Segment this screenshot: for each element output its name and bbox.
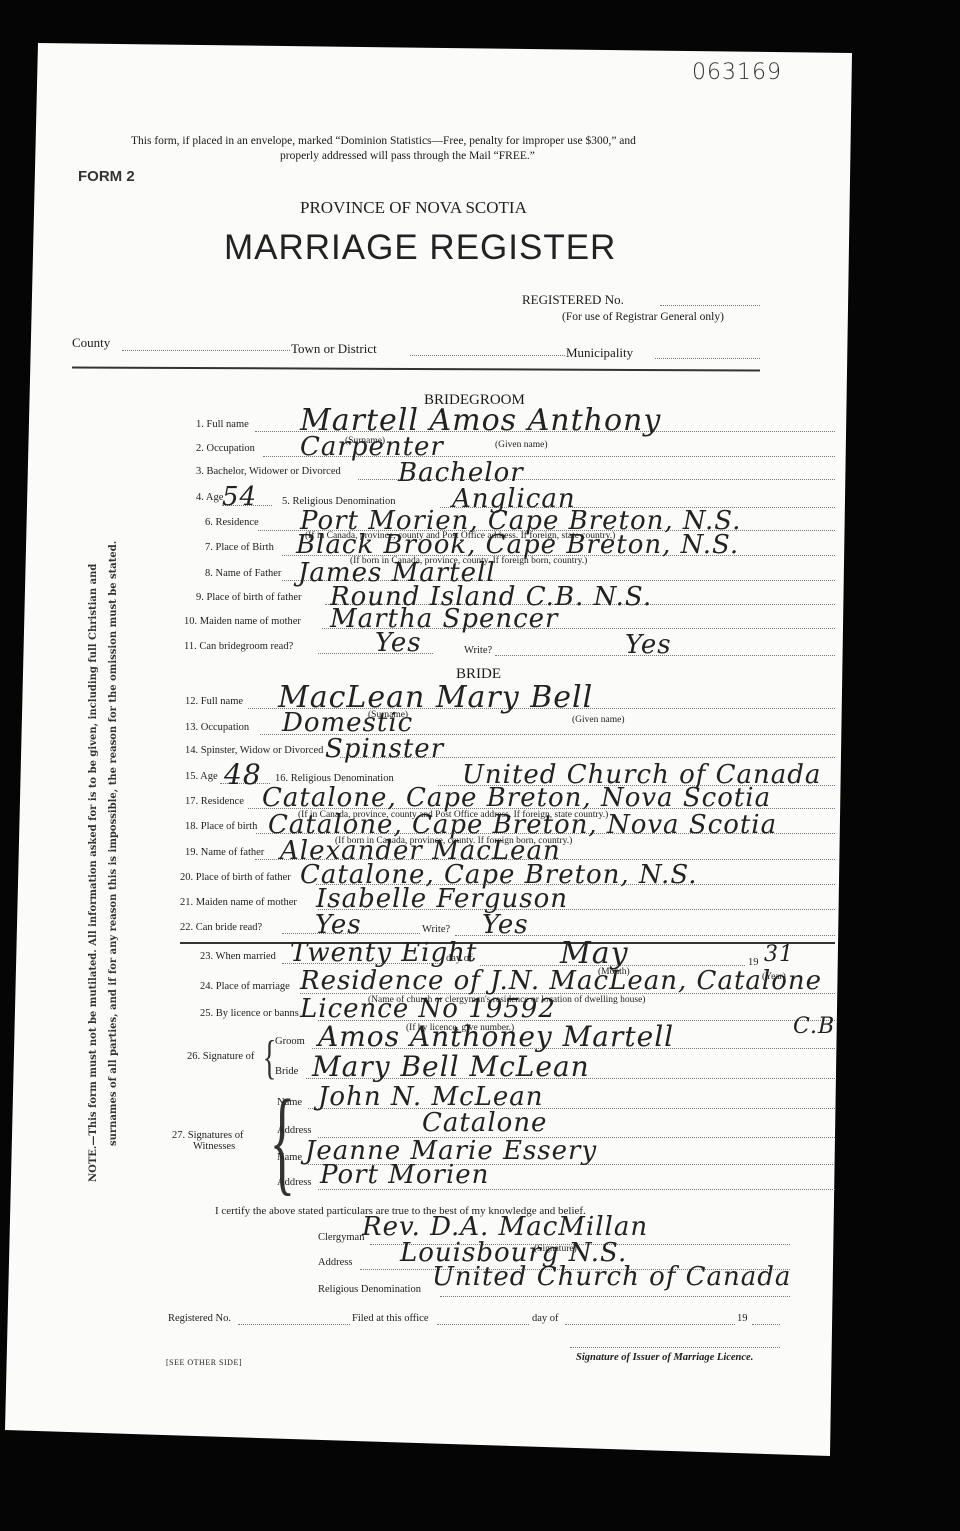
witness1-address-label: Address [277, 1125, 311, 1136]
day-of-label: day of [446, 953, 473, 964]
groom-birthplace-label: 7. Place of Birth [205, 542, 274, 553]
groom-read-value[interactable]: Yes [375, 628, 422, 658]
bride-father-birthplace-label: 20. Place of birth of father [180, 872, 291, 883]
side-note: NOTE.—This form must not be mutilated. A… [84, 541, 124, 1182]
groom-occupation-label: 2. Occupation [196, 443, 255, 454]
bride-divider [180, 942, 835, 944]
clergy-address-label: Address [318, 1257, 352, 1268]
licence-label: 25. By licence or banns [200, 1008, 299, 1019]
groom-age-label: 4. Age [196, 492, 223, 503]
marriage-year-value[interactable]: 31 [764, 942, 794, 967]
filed-field[interactable] [437, 1324, 529, 1325]
bride-status-value[interactable]: Spinster [325, 734, 444, 764]
bride-birthplace-label: 18. Place of birth [185, 821, 257, 832]
county-label: County [72, 335, 110, 351]
footer-day-of-label: day of [532, 1313, 559, 1324]
clergyman-label: Clergyman [318, 1232, 364, 1243]
groom-write-value[interactable]: Yes [625, 630, 672, 660]
bride-residence-value[interactable]: Catalone, Cape Breton, Nova Scotia [262, 783, 771, 813]
clergy-denomination-label: Religious Denomination [318, 1284, 421, 1295]
registered-no-note: (For use of Registrar General only) [562, 311, 724, 323]
groom-status-label: 3. Bachelor, Widower or Divorced [196, 466, 341, 477]
bride-given-name-hint: (Given name) [572, 715, 625, 725]
witness2-name-label: Name [277, 1152, 302, 1163]
side-note-line1: NOTE.—This form must not be mutilated. A… [84, 541, 104, 1182]
groom-fullname-label: 1. Full name [196, 419, 249, 430]
groom-signature-label: Groom [275, 1036, 305, 1047]
given-name-hint: (Given name) [495, 440, 548, 450]
witness1-address-value[interactable]: Catalone [422, 1108, 547, 1138]
side-note-line2: surnames of all parties, and if for any … [104, 541, 124, 1182]
town-field[interactable] [410, 355, 565, 356]
municipality-label: Municipality [566, 345, 633, 361]
place-of-marriage-value[interactable]: Residence of J.N. MacLean, Catalone [300, 966, 822, 996]
registered-no-field[interactable] [660, 305, 760, 306]
bride-read-label: 22. Can bride read? [180, 922, 262, 933]
bride-write-label: Write? [422, 924, 450, 935]
issuer-signature-line[interactable] [570, 1347, 780, 1348]
groom-read-label: 11. Can bridegroom read? [184, 641, 293, 652]
bride-mother-label: 21. Maiden name of mother [180, 897, 297, 908]
signature-of-label: 26. Signature of [187, 1051, 254, 1062]
groom-signature-value[interactable]: Amos Anthoney Martell [318, 1020, 674, 1053]
bride-read-value[interactable]: Yes [315, 910, 362, 940]
groom-age-value[interactable]: 54 [222, 482, 257, 512]
bride-status-label: 14. Spinster, Widow or Divorced [185, 745, 323, 756]
witnesses-label-line2: Witnesses [193, 1141, 235, 1152]
postal-notice-line2: properly addressed will pass through the… [280, 150, 535, 162]
groom-mother-label: 10. Maiden name of mother [184, 616, 301, 627]
issuer-signature-label: Signature of Issuer of Marriage Licence. [576, 1352, 753, 1363]
town-label: Town or District [291, 341, 377, 357]
groom-father-birthplace-label: 9. Place of birth of father [196, 592, 302, 603]
groom-write-label: Write? [464, 645, 492, 656]
witness1-name-label: Name [277, 1097, 302, 1108]
bride-write-value[interactable]: Yes [482, 910, 529, 940]
witness2-address-label: Address [277, 1177, 311, 1188]
bride-father-label: 19. Name of father [185, 847, 264, 858]
county-field[interactable] [122, 350, 290, 351]
bride-residence-label: 17. Residence [185, 796, 244, 807]
groom-father-label: 8. Name of Father [205, 568, 281, 579]
witnesses-label-line1: 27. Signatures of [172, 1130, 243, 1141]
municipality-field[interactable] [655, 358, 760, 359]
bride-age-value[interactable]: 48 [224, 758, 262, 791]
footer-registered-no-field[interactable] [238, 1324, 350, 1325]
page-title: MARRIAGE REGISTER [224, 228, 616, 268]
licence-extra: C.B [793, 1014, 835, 1039]
when-married-label: 23. When married [200, 951, 276, 962]
bride-age-label: 15. Age [185, 771, 218, 782]
footer-year-prefix: 19 [737, 1313, 748, 1324]
footer-day-field[interactable] [565, 1324, 735, 1325]
serial-number: 063169 [692, 60, 782, 85]
bride-occupation-label: 13. Occupation [185, 722, 249, 733]
province-heading: PROVINCE OF NOVA SCOTIA [300, 198, 527, 218]
clergy-denomination-line [440, 1296, 790, 1297]
footer-registered-no-label: Registered No. [168, 1313, 231, 1324]
postal-notice-line1: This form, if placed in an envelope, mar… [131, 135, 636, 147]
groom-residence-label: 6. Residence [205, 517, 259, 528]
filed-label: Filed at this office [352, 1313, 429, 1324]
form-number: FORM 2 [78, 168, 135, 185]
witness2-address-value[interactable]: Port Morien [320, 1160, 489, 1190]
footer-year-field[interactable] [752, 1324, 780, 1325]
groom-mother-value[interactable]: Martha Spencer [330, 604, 558, 634]
place-of-marriage-label: 24. Place of marriage [200, 981, 290, 992]
clergy-denomination-value[interactable]: United Church of Canada [432, 1262, 791, 1292]
see-other-side: [SEE OTHER SIDE] [166, 1358, 242, 1367]
bride-fullname-label: 12. Full name [185, 696, 243, 707]
bride-signature-value[interactable]: Mary Bell McLean [312, 1050, 590, 1083]
registered-no-label: REGISTERED No. [522, 292, 624, 308]
